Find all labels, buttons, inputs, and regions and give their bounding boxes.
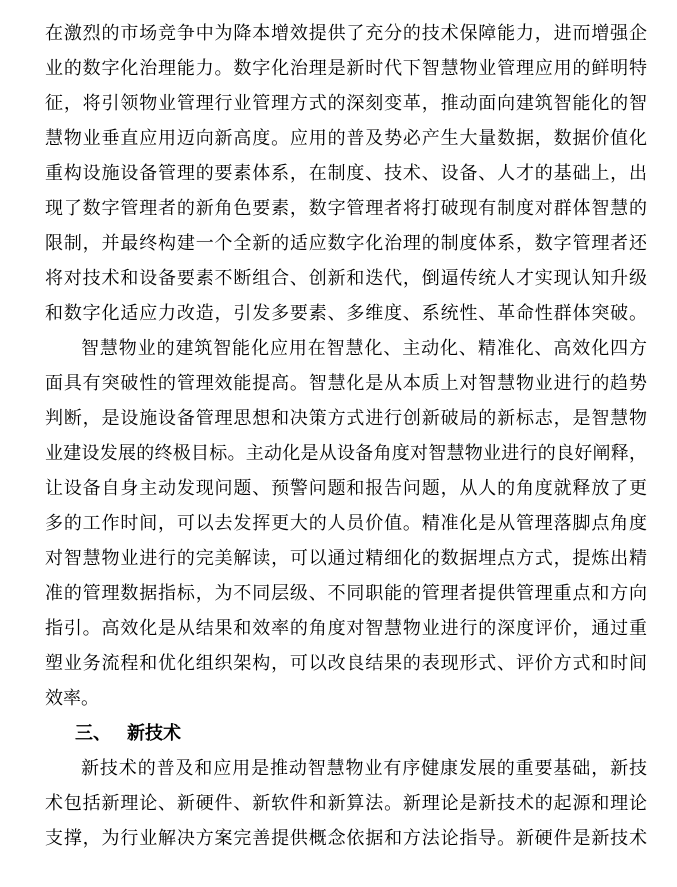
- text-line: 限制，并最终构建一个全新的适应数字化治理的制度体系，数字管理者还: [45, 226, 647, 261]
- text-line: 重构设施设备管理的要素体系，在制度、技术、设备、人才的基础上，出: [45, 156, 647, 191]
- text-line: 现了数字管理者的新角色要素，数字管理者将打破现有制度对群体智慧的: [45, 191, 647, 226]
- text-line: 效率。: [45, 681, 647, 716]
- text-line: 智慧物业的建筑智能化应用在智慧化、主动化、精准化、高效化四方: [45, 331, 647, 366]
- text-line: 将对技术和设备要素不断组合、创新和迭代，倒逼传统人才实现认知升级: [45, 261, 647, 296]
- text-line: 对智慧物业进行的完美解读，可以通过精细化的数据埋点方式，提炼出精: [45, 541, 647, 576]
- text-line: 新技术的普及和应用是推动智慧物业有序健康发展的重要基础，新技: [45, 751, 647, 786]
- document-page: 在激烈的市场竞争中为降本增效提供了充分的技术保障能力，进而增强企业的数字化治理能…: [0, 0, 677, 887]
- text-line: 面具有突破性的管理效能提高。智慧化是从本质上对智慧物业进行的趋势: [45, 366, 647, 401]
- text-line: 指引。高效化是从结果和效率的角度对智慧物业进行的深度评价，通过重: [45, 611, 647, 646]
- text-line: 判断，是设施设备管理思想和决策方式进行创新破局的新标志，是智慧物: [45, 401, 647, 436]
- text-line: 业建设发展的终极目标。主动化是从设备角度对智慧物业进行的良好阐释，: [45, 436, 647, 471]
- text-line: 塑业务流程和优化组织架构，可以改良结果的表现形式、评价方式和时间: [45, 646, 647, 681]
- text-line: 慧物业垂直应用迈向新高度。应用的普及势必产生大量数据，数据价值化: [45, 121, 647, 156]
- text-line: 支撑，为行业解决方案完善提供概念依据和方法论指导。新硬件是新技术: [45, 821, 647, 856]
- text-line: 在激烈的市场竞争中为降本增效提供了充分的技术保障能力，进而增强企: [45, 16, 647, 51]
- text-line: 征，将引领物业管理行业管理方式的深刻变革，推动面向建筑智能化的智: [45, 86, 647, 121]
- text-line: 多的工作时间，可以去发挥更大的人员价值。精准化是从管理落脚点角度: [45, 506, 647, 541]
- document-text-lines: 在激烈的市场竞争中为降本增效提供了充分的技术保障能力，进而增强企业的数字化治理能…: [45, 16, 647, 856]
- text-line: 准的管理数据指标，为不同层级、不同职能的管理者提供管理重点和方向: [45, 576, 647, 611]
- text-line: 业的数字化治理能力。数字化治理是新时代下智慧物业管理应用的鲜明特: [45, 51, 647, 86]
- section-heading: 三、新技术: [45, 716, 647, 751]
- text-line: 术包括新理论、新硬件、新软件和新算法。新理论是新技术的起源和理论: [45, 786, 647, 821]
- heading-title: 新技术: [127, 723, 181, 744]
- text-line: 让设备自身主动发现问题、预警问题和报告问题，从人的角度就释放了更: [45, 471, 647, 506]
- heading-number: 三、: [75, 723, 111, 744]
- text-line: 和数字化适应力改造，引发多要素、多维度、系统性、革命性群体突破。: [45, 296, 647, 331]
